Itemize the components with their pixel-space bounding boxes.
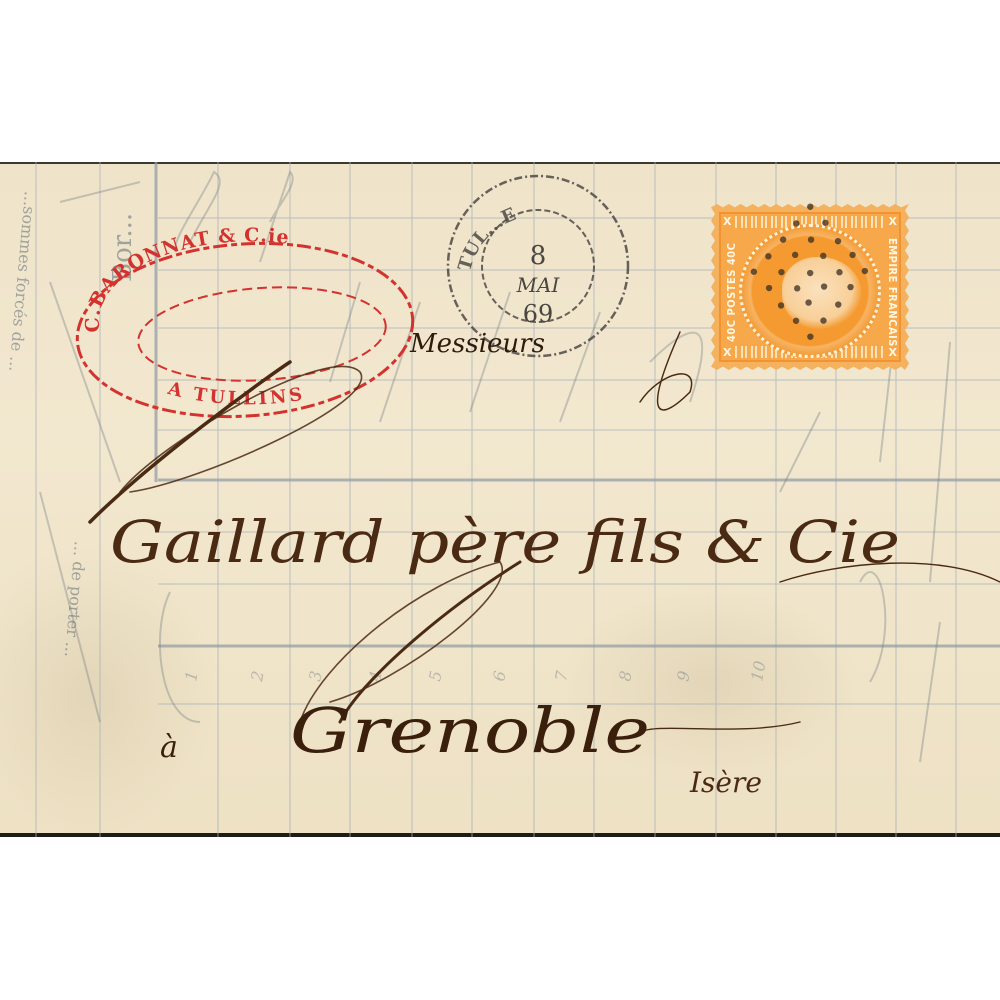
handwritten-address: Messieurs Gaillard père fils & Cie à Gre…	[0, 162, 1000, 837]
destination-city: Grenoble	[290, 694, 650, 767]
address-preposition: à	[160, 730, 178, 765]
recipient-name: Gaillard père fils & Cie	[110, 508, 900, 576]
letter-cover: 1 2 3 4 5 6 7 8 9 10 ...sommes forcés de…	[0, 162, 1000, 837]
destination-department: Isère	[689, 766, 762, 799]
salutation: Messieurs	[409, 329, 545, 359]
